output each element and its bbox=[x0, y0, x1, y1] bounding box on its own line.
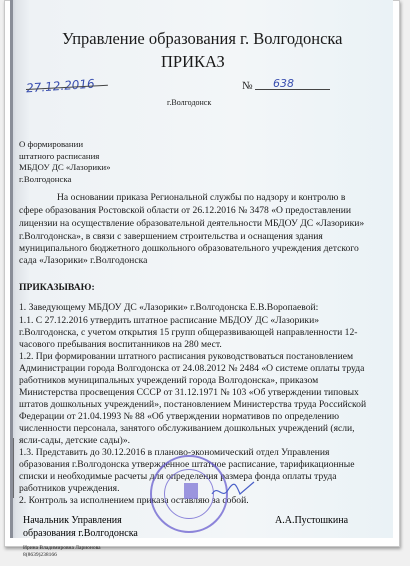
signature-mark bbox=[210, 480, 255, 502]
preamble-line: муниципального бюджетного дошкольного об… bbox=[19, 244, 359, 254]
binder-edge bbox=[10, 438, 14, 498]
order-line: ясли-сады, детские сады)». bbox=[19, 436, 130, 446]
order-line: 1.2. При формировании штатного расписани… bbox=[19, 352, 353, 362]
order-line: Министерства просвещения СССР от 31.12.1… bbox=[19, 388, 359, 398]
number-label: № bbox=[242, 81, 253, 92]
preamble-line: лицензии на осуществление образовательно… bbox=[19, 219, 364, 229]
preamble-line: сада «Лазорики» г.Волгодонска bbox=[19, 256, 147, 266]
order-line: численности персонала, занятого обслужив… bbox=[19, 424, 355, 434]
order-line: 1.1. С 27.12.2016 утвердить штатное расп… bbox=[19, 316, 319, 326]
order-line: работников учреждения. bbox=[19, 484, 120, 494]
order-line: работников муниципальных учреждений горо… bbox=[19, 376, 318, 386]
number-underline bbox=[255, 89, 330, 90]
organization-header: Управление образования г. Волгодонска bbox=[62, 31, 342, 48]
order-line: 1. Заведующему МБДОУ ДС «Лазорики» г.Вол… bbox=[19, 303, 318, 313]
coat-of-arms-icon bbox=[184, 483, 198, 499]
subject-line: г.Волгодонска bbox=[19, 175, 71, 184]
subject-line: О формировании bbox=[19, 140, 83, 149]
order-line: Администрации города Волгодонска от 24.0… bbox=[19, 364, 364, 374]
order-line: 1.3. Представить до 30.12.2016 в планово… bbox=[19, 448, 329, 458]
document-title: ПРИКАЗ bbox=[161, 54, 225, 71]
document-photo: Управление образования г. Волгодонска ПР… bbox=[10, 0, 393, 538]
subject-line: штатного расписания bbox=[19, 152, 99, 161]
order-line: Федерации от 21.04.1993 № 88 «Об утвержд… bbox=[19, 412, 339, 422]
order-heading: ПРИКАЗЫВАЮ: bbox=[19, 283, 95, 293]
order-line: штатов дошкольных учреждений», постановл… bbox=[19, 400, 366, 410]
preamble-line: сфере образования Ростовской области от … bbox=[19, 206, 351, 216]
executor-phone: 8(8639)238166 bbox=[23, 553, 57, 559]
preamble-line: На основании приказа Региональной службы… bbox=[57, 193, 345, 203]
order-line: часового пребывания воспитанников на 280… bbox=[19, 340, 222, 350]
preamble-line: г.Волгодонска», в связи с завершением ст… bbox=[19, 232, 323, 242]
number-handwritten: 638 bbox=[273, 78, 294, 89]
city-label: г.Волгодонск bbox=[167, 99, 211, 107]
signatory-name: А.А.Пустошкина bbox=[275, 516, 348, 526]
order-line: г.Волгодонска, с учетом открытия 15 груп… bbox=[19, 328, 357, 338]
executor-name: Ирина Владимировна Ларионова bbox=[23, 546, 101, 552]
subject-line: МБДОУ ДС «Лазорики» bbox=[19, 163, 110, 172]
signatory-title-line: Начальник Управления bbox=[23, 516, 122, 526]
signatory-title-line: образования г.Волгодонска bbox=[23, 529, 138, 539]
